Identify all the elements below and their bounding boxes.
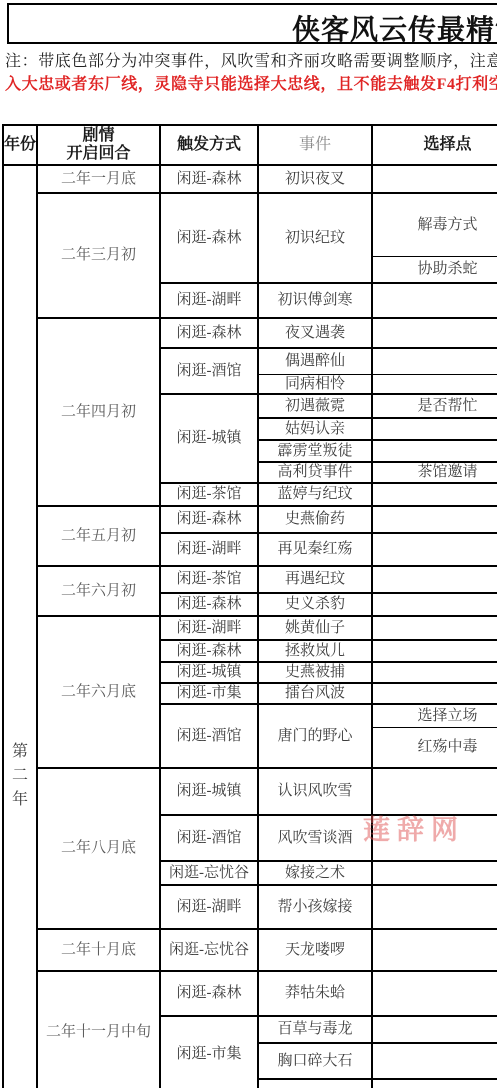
event-cell: 认识风吹雪 [259, 769, 373, 816]
choice-cell [373, 1044, 497, 1080]
choice-cell [373, 972, 497, 1017]
choice-cell [373, 663, 497, 684]
choice-cell: 协助杀蛇 [373, 257, 497, 284]
period-cell: 二年十月底 [38, 930, 161, 972]
event-cell: 霹雳堂叛徒 [259, 441, 373, 463]
event-cell: 高利贷事件 [259, 463, 373, 484]
trigger-cell: 闲逛-湖畔 [161, 617, 259, 641]
event-cell: 嫁接之术 [259, 862, 373, 886]
trigger-cell: 闲逛-森林 [161, 319, 259, 349]
trigger-cell: 闲逛-森林 [161, 507, 259, 534]
choice-cell: 是否帮忙 [373, 395, 497, 419]
trigger-cell: 闲逛-城镇 [161, 663, 259, 684]
trigger-cell: 闲逛-湖畔 [161, 886, 259, 930]
table-row: 第二年二年一月底闲逛-森林初识夜叉 [4, 166, 497, 194]
note-line-2: 入大忠或者东厂线，灵隐寺只能选择大忠线，且不能去触发F4打利空 [5, 71, 497, 94]
event-cell: 姚黄仙子 [259, 617, 373, 641]
period-cell: 二年十一月中旬 [38, 972, 161, 1088]
period-cell: 二年六月底 [38, 617, 161, 769]
trigger-cell: 闲逛-酒馆 [161, 349, 259, 395]
event-cell: 偶遇醉仙 [259, 349, 373, 375]
period-cell: 二年五月初 [38, 507, 161, 567]
choice-cell [373, 862, 497, 886]
trigger-cell: 闲逛-湖畔 [161, 534, 259, 567]
choice-cell: 茶馆邀请 [373, 463, 497, 484]
event-cell: 初识纪玟 [259, 194, 373, 284]
choice-cell: 选择立场 [373, 705, 497, 728]
trigger-cell: 闲逛-森林 [161, 972, 259, 1017]
event-cell: 百草与毒龙 [259, 1017, 373, 1044]
event-cell: 唐门的野心 [259, 705, 373, 769]
choice-cell [373, 594, 497, 617]
table-row: 二年六月底闲逛-湖畔姚黄仙子 [4, 617, 497, 641]
page-title: 侠客风云传最精简 [292, 8, 497, 48]
choice-cell [373, 441, 497, 463]
header-cell-choice: 选择点 [373, 126, 497, 166]
table-body: 第二年二年一月底闲逛-森林初识夜叉二年三月初闲逛-森林初识纪玟解毒方式协助杀蛇闲… [4, 166, 497, 1088]
trigger-cell: 闲逛-忘忧谷 [161, 862, 259, 886]
event-cell: 胸口碎大石 [259, 1044, 373, 1080]
choice-cell [373, 419, 497, 441]
table-header: 年份剧情 开启回合触发方式事件选择点 [4, 126, 497, 166]
table-row: 二年四月初闲逛-森林夜叉遇袭 [4, 319, 497, 349]
choice-cell [373, 166, 497, 194]
trigger-cell: 闲逛-茶馆 [161, 567, 259, 594]
choice-cell [373, 375, 497, 395]
year-label: 第二年 [11, 740, 29, 812]
choice-cell: 解毒方式 [373, 194, 497, 257]
choice-cell [373, 1080, 497, 1088]
event-cell: 初遇薇霓 [259, 395, 373, 419]
header-cell-period: 剧情 开启回合 [38, 126, 161, 166]
trigger-cell: 闲逛-城镇 [161, 395, 259, 484]
trigger-cell: 闲逛-市集 [161, 1017, 259, 1088]
header-row: 年份剧情 开启回合触发方式事件选择点 [4, 126, 497, 166]
title-box: 侠客风云传最精简 [7, 3, 497, 44]
choice-cell [373, 930, 497, 972]
trigger-cell: 闲逛-森林 [161, 166, 259, 194]
choice-cell [373, 507, 497, 534]
choice-cell [373, 641, 497, 663]
choice-cell [373, 284, 497, 319]
table-row: 二年三月初闲逛-森林初识纪玟解毒方式 [4, 194, 497, 257]
choice-cell [373, 349, 497, 375]
event-cell: 同病相怜 [259, 375, 373, 395]
choice-cell [373, 1017, 497, 1044]
event-cell: 史燕偷药 [259, 507, 373, 534]
note-line-1: 注：带底色部分为冲突事件，风吹雪和齐丽攻略需要调整顺序，注意 [5, 48, 497, 71]
trigger-cell: 闲逛-森林 [161, 594, 259, 617]
table-row: 二年五月初闲逛-森林史燕偷药 [4, 507, 497, 534]
page: 侠客风云传最精简 注：带底色部分为冲突事件，风吹雪和齐丽攻略需要调整顺序，注意 … [0, 0, 497, 1088]
header-cell-event: 事件 [259, 126, 373, 166]
table-row: 二年六月初闲逛-茶馆再遇纪玟 [4, 567, 497, 594]
trigger-cell: 闲逛-湖畔 [161, 284, 259, 319]
event-cell: 莽牯朱蛤 [259, 972, 373, 1017]
trigger-cell: 闲逛-城镇 [161, 769, 259, 816]
table-row: 二年十月底闲逛-忘忧谷天龙喽啰 [4, 930, 497, 972]
header-cell-year: 年份 [4, 126, 38, 166]
trigger-cell: 闲逛-茶馆 [161, 484, 259, 507]
trigger-cell: 闲逛-森林 [161, 641, 259, 663]
strategy-table: 年份剧情 开启回合触发方式事件选择点 第二年二年一月底闲逛-森林初识夜叉二年三月… [2, 124, 497, 1088]
trigger-cell: 闲逛-忘忧谷 [161, 930, 259, 972]
event-cell: 风吹雪谈酒 [259, 816, 373, 862]
event-cell: 拯救岚儿 [259, 641, 373, 663]
choice-cell [373, 684, 497, 705]
choice-cell [373, 617, 497, 641]
event-cell: 史义杀豹 [259, 594, 373, 617]
trigger-cell: 闲逛-市集 [161, 684, 259, 705]
event-cell: 初识傅剑寒 [259, 284, 373, 319]
event-cell: 擂台风波 [259, 684, 373, 705]
choice-cell [373, 534, 497, 567]
trigger-cell: 闲逛-酒馆 [161, 816, 259, 862]
event-cell: 再见秦红殇 [259, 534, 373, 567]
period-cell: 二年六月初 [38, 567, 161, 617]
event-cell [259, 1080, 373, 1088]
period-cell: 二年八月底 [38, 769, 161, 930]
event-cell: 再遇纪玟 [259, 567, 373, 594]
choice-cell: 红殇中毒 [373, 728, 497, 769]
event-cell: 天龙喽啰 [259, 930, 373, 972]
event-cell: 蓝婷与纪玟 [259, 484, 373, 507]
event-cell: 夜叉遇袭 [259, 319, 373, 349]
choice-cell [373, 319, 497, 349]
event-cell: 帮小孩嫁接 [259, 886, 373, 930]
trigger-cell: 闲逛-森林 [161, 194, 259, 284]
event-cell: 初识夜叉 [259, 166, 373, 194]
choice-cell [373, 567, 497, 594]
trigger-cell: 闲逛-酒馆 [161, 705, 259, 769]
event-cell: 史燕被捕 [259, 663, 373, 684]
period-cell: 二年一月底 [38, 166, 161, 194]
choice-cell [373, 484, 497, 507]
period-cell: 二年四月初 [38, 319, 161, 507]
year-cell: 第二年 [4, 166, 38, 1088]
watermark: 莲辞网 [363, 808, 465, 847]
header-cell-trigger: 触发方式 [161, 126, 259, 166]
event-cell: 姑妈认亲 [259, 419, 373, 441]
period-cell: 二年三月初 [38, 194, 161, 319]
table-row: 二年十一月中旬闲逛-森林莽牯朱蛤 [4, 972, 497, 1017]
choice-cell [373, 886, 497, 930]
